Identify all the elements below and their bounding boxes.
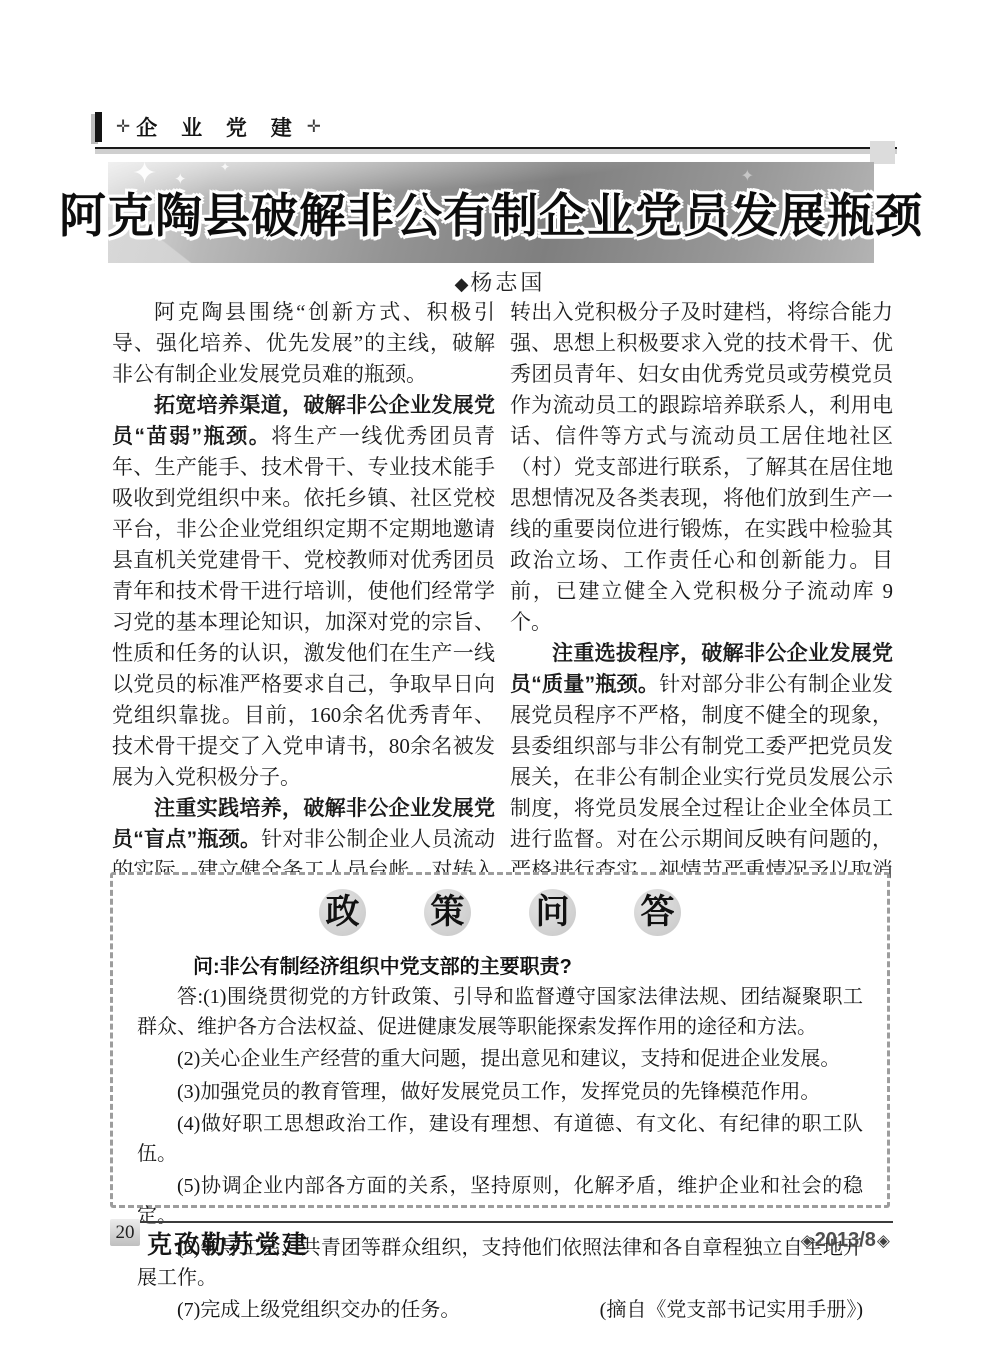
qa-answer-text: (7)完成上级党组织交办的任务。 [137, 1296, 460, 1326]
diamond-icon: ◆ [455, 274, 469, 294]
page-footer: 20 克孜勒苏党建 ◈ 2013/8 ◈ [110, 1219, 893, 1263]
cross-ornament-icon: ✛ [116, 117, 130, 137]
author-name: 杨志国 [470, 270, 545, 295]
paragraph: 阿克陶县围绕“创新方式、积极引导、强化培养、优先发展”的主线，破解非公有制企业发… [112, 297, 495, 390]
title-banner: ✦ ✦ ✦ ✦ 阿克陶县破解非公有制企业党员发展瓶颈 [108, 162, 874, 263]
paragraph-text: 阿克陶县围绕“创新方式、积极引导、强化培养、优先发展”的主线，破解非公有制企业发… [112, 300, 495, 386]
qa-title-char-circle: 策 [424, 889, 471, 936]
section-header: ✛ 企 业 党 建 ✛ [95, 112, 897, 154]
qa-citation: (摘自《党支部书记实用手册》) [600, 1296, 863, 1326]
sparkle-icon: ✦ [220, 160, 230, 174]
section-accent-bar [95, 112, 102, 142]
article-body: 阿克陶县围绕“创新方式、积极引导、强化培养、优先发展”的主线，破解非公有制企业发… [112, 297, 893, 887]
qa-box-title: 政 策 问 答 [137, 889, 863, 936]
diamond-icon: ◈ [801, 1231, 814, 1251]
qa-title-char: 问 [536, 896, 570, 930]
cross-ornament-icon: ✛ [307, 117, 321, 137]
issue-date: ◈ 2013/8 ◈ [800, 1229, 891, 1252]
paragraph: 拓宽培养渠道，破解非公企业发展党员“苗弱”瓶颈。将生产一线优秀团员青年、生产能手… [112, 390, 495, 793]
section-header-row: ✛ 企 业 党 建 ✛ [95, 112, 897, 142]
qa-title-char: 政 [326, 896, 360, 930]
qa-title-char-circle: 答 [634, 889, 681, 936]
section-divider [95, 147, 897, 154]
qa-answer: (7)完成上级党组织交办的任务。 (摘自《党支部书记实用手册》) [137, 1296, 863, 1326]
diamond-icon: ◈ [877, 1231, 890, 1251]
qa-answer: (4)做好职工思想政治工作，建设有理想、有道德、有文化、有纪律的职工队伍。 [137, 1110, 863, 1169]
corner-decoration [870, 141, 895, 164]
qa-answer: 答:(1)围绕贯彻党的方针政策、引导和监督遵守国家法律法规、团结凝聚职工群众、维… [137, 983, 863, 1042]
page-number: 20 [110, 1219, 140, 1246]
qa-answer: (3)加强党员的教育管理，做好发展党员工作，发挥党员的先锋模范作用。 [137, 1078, 863, 1108]
qa-answer: (2)关心企业生产经营的重大问题，提出意见和建议，支持和促进企业发展。 [137, 1045, 863, 1075]
issue-text: 2013/8 [815, 1229, 876, 1252]
qa-title-char-circle: 问 [529, 889, 576, 936]
qa-title-char-circle: 政 [319, 889, 366, 936]
qa-title-char: 答 [641, 896, 675, 930]
magazine-title: 克孜勒苏党建 [147, 1225, 309, 1261]
qa-question: 问:非公有制经济组织中党支部的主要职责? [137, 950, 863, 979]
policy-qa-box: 政 策 问 答 问:非公有制经济组织中党支部的主要职责? 答:(1)围绕贯彻党的… [110, 872, 890, 1208]
paragraph-text: 将生产一线优秀团员青年、生产能手、技术骨干、专业技术能手吸收到党组织中来。依托乡… [112, 424, 495, 789]
qa-title-char: 策 [431, 896, 465, 930]
article-title: 阿克陶县破解非公有制企业党员发展瓶颈 [59, 179, 923, 246]
author-line: ◆杨志国 [110, 266, 890, 297]
section-label: 企 业 党 建 [136, 112, 301, 142]
footer-divider [136, 1221, 893, 1223]
magazine-page: ✛ 企 业 党 建 ✛ ✦ ✦ ✦ ✦ 阿克陶县破解非公有制企业党员发展瓶颈 ◆… [0, 0, 992, 1347]
